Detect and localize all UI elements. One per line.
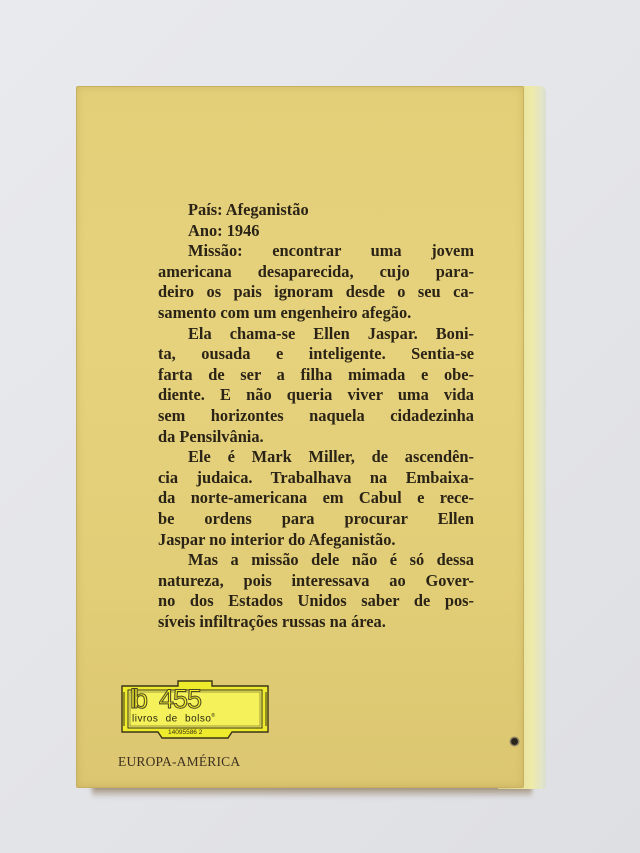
blurb-line: deiro os pais ignoram desde o seu ca- bbox=[158, 282, 474, 303]
corner-rivet bbox=[511, 738, 518, 745]
blurb-line: diente. E não queria viver uma vida bbox=[158, 385, 474, 406]
blurb-line: samento com um engenheiro afegão. bbox=[158, 303, 474, 324]
blurb-line: Ele é Mark Miller, de ascendên- bbox=[158, 447, 474, 468]
blurb-line: be ordens para procurar Ellen bbox=[158, 509, 474, 530]
blurb-line: natureza, pois interessava ao Gover- bbox=[158, 571, 474, 592]
blurb-line: sem horizontes naquela cidadezinha bbox=[158, 406, 474, 427]
publisher-name: EUROPA-AMÉRICA bbox=[118, 754, 240, 770]
blurb-line: Ela chama-se Ellen Jaspar. Boni- bbox=[158, 324, 474, 345]
blurb-line: no dos Estados Unidos saber de pos- bbox=[158, 591, 474, 612]
registered-mark: ® bbox=[211, 713, 215, 719]
blurb-line: País: Afeganistão bbox=[158, 200, 474, 221]
series-number: 455 bbox=[159, 684, 201, 715]
blurb-line: Jaspar no interior do Afeganistão. bbox=[158, 530, 474, 551]
blurb-line: americana desaparecida, cujo para- bbox=[158, 262, 474, 283]
blurb-line: Mas a missão dele não é só dessa bbox=[158, 550, 474, 571]
series-tagline: livros de bolso® bbox=[132, 713, 258, 724]
tagline-text: livros de bolso bbox=[132, 713, 211, 724]
isbn-number: 14095586 2 bbox=[168, 729, 202, 736]
blurb-line: da norte-americana em Cabul e rece- bbox=[158, 488, 474, 509]
blurb-line: farta de ser a filha mimada e obe- bbox=[158, 365, 474, 386]
blurb-line: da Pensilvânia. bbox=[158, 427, 474, 448]
blurb-line: Missão: encontrar uma jovem bbox=[158, 241, 474, 262]
logo-prefix: lb bbox=[130, 684, 145, 715]
blurb-line: cia judaica. Trabalhava na Embaixa- bbox=[158, 468, 474, 489]
back-cover-blurb: País: AfeganistãoAno: 1946Missão: encont… bbox=[158, 200, 474, 632]
blurb-line: síveis infiltrações russas na área. bbox=[158, 612, 474, 633]
blurb-line: Ano: 1946 bbox=[158, 221, 474, 242]
series-logo: lb 455 livros de bolso® 14095586 2 bbox=[120, 680, 270, 740]
blurb-line: ta, ousada e inteligente. Sentia-se bbox=[158, 344, 474, 365]
